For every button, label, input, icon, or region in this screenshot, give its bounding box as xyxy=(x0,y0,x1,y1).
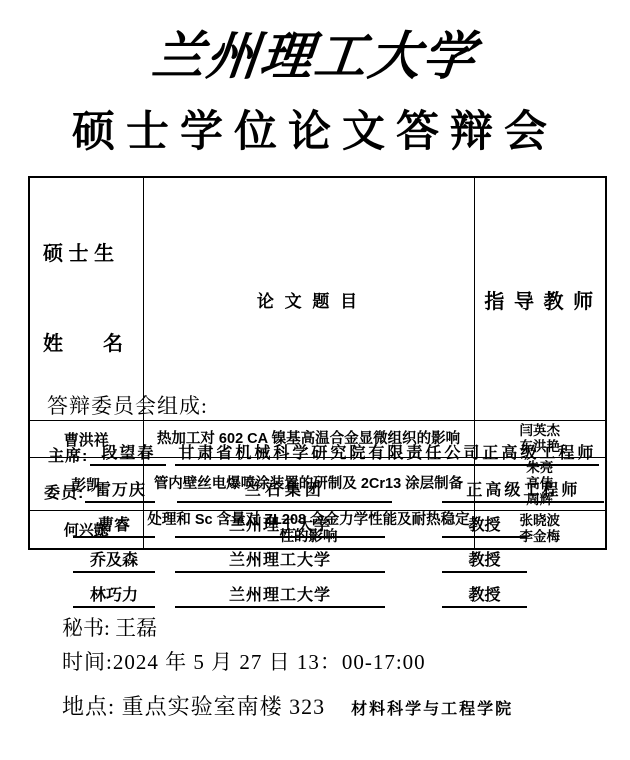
committee-member-row: 曹睿 兰州理工大学 教授 xyxy=(73,512,527,538)
committee-chair-row: 主席: 段望春 甘肃省机械科学研究院有限责任公司正高级工程师 xyxy=(48,440,599,466)
member-title: 正高级工程师 xyxy=(442,477,604,503)
member-name: 雷万庆 xyxy=(85,477,155,503)
location-line: 地点: 重点实验室南楼 323 xyxy=(62,690,325,721)
header-student-name: 硕 士 生 姓 名 xyxy=(29,177,143,421)
member-affiliation: 兰州理工大学 xyxy=(175,547,385,573)
department-name: 材料科学与工程学院 xyxy=(351,696,513,719)
header-student-line1: 硕 士 生 xyxy=(43,239,130,269)
member-name: 乔及森 xyxy=(73,547,155,573)
defense-notice-page: 兰州理工大学 硕士学位论文答辩会 硕 士 生 姓 名 论 文 题 目 指 导 教… xyxy=(0,0,630,760)
member-name: 曹睿 xyxy=(73,512,155,538)
member-affiliation: 兰州理工大学 xyxy=(175,512,385,538)
university-logo-calligraphy: 兰州理工大学 xyxy=(0,14,630,89)
chair-name: 段望春 xyxy=(90,440,166,466)
committee-member-row: 委员: 雷万庆 兰石集团 正高级工程师 xyxy=(44,477,604,503)
time-line: 时间:2024 年 5 月 27 日 13：00-17:00 xyxy=(62,646,426,676)
committee-member-row: 乔及森 兰州理工大学 教授 xyxy=(73,547,527,573)
page-title: 硕士学位论文答辩会 xyxy=(0,98,630,159)
member-title: 教授 xyxy=(442,512,527,538)
chair-label: 主席: xyxy=(48,443,88,466)
member-name: 林巧力 xyxy=(73,582,155,608)
header-student-line2: 姓 名 xyxy=(43,329,130,359)
member-affiliation: 兰石集团 xyxy=(177,477,392,503)
member-title: 教授 xyxy=(442,547,527,573)
member-affiliation: 兰州理工大学 xyxy=(175,582,385,608)
header-advisor: 指 导 教 师 xyxy=(474,177,606,421)
location-row: 地点: 重点实验室南楼 323 材料科学与工程学院 xyxy=(62,690,513,721)
header-thesis-title: 论 文 题 目 xyxy=(143,177,474,421)
member-label: 委员: xyxy=(44,480,84,503)
chair-affiliation: 甘肃省机械科学研究院有限责任公司正高级工程师 xyxy=(175,440,599,466)
table-header-row: 硕 士 生 姓 名 论 文 题 目 指 导 教 师 xyxy=(29,177,606,421)
committee-heading: 答辩委员会组成: xyxy=(47,390,208,420)
secretary-line: 秘书: 王磊 xyxy=(62,612,157,642)
member-title: 教授 xyxy=(442,582,527,608)
advisor-name: 闫英杰 xyxy=(478,423,603,439)
committee-member-row: 林巧力 兰州理工大学 教授 xyxy=(73,582,527,608)
